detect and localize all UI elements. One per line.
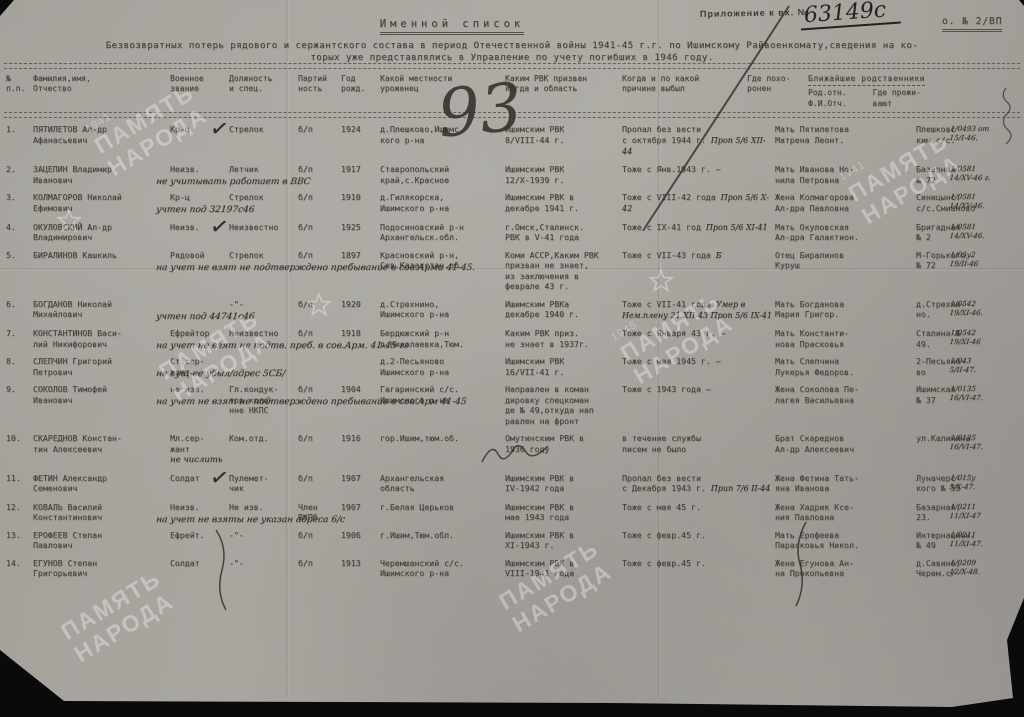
handwritten-margin-number: 1/0211 11/XI-47. bbox=[949, 530, 1021, 549]
cell-name: КОЛМАГОРОВ Николай Ефимович bbox=[33, 192, 167, 214]
handwritten-margin-number: 1/0542 19/XI-46 bbox=[949, 328, 1021, 347]
handwritten-margin-number: 1/0581 14/XV-46. bbox=[949, 222, 1021, 241]
cell-loss-reason: Пропал без вести с октября 1944 г. Проп … bbox=[622, 124, 772, 157]
cell-draft-office: Ишимским РВК в XI-1943 г. bbox=[505, 530, 619, 551]
handwritten-margin-number: 1/0581 14/XV-46. bbox=[949, 192, 1021, 211]
cell-position: Пулемет- чик bbox=[229, 473, 295, 495]
cell-loss-reason: Тоже с VII-41 года Умер в Нем.плену 21.X… bbox=[622, 299, 772, 321]
cell-number: 7. bbox=[6, 328, 30, 349]
cell-name: СКАРЕДНОВ Констан- тин Алексеевич bbox=[33, 433, 167, 466]
table-row: 14. ЕГУНОВ Степан Григорьевич Солдат -"-… bbox=[6, 558, 1020, 579]
handwritten-record-note: на учет не взят не подтверждено пребыван… bbox=[155, 397, 596, 408]
handwritten-record-note: учтен под 44741с46 bbox=[155, 312, 596, 323]
handwritten-record-note: не учитывать работает в ВВС bbox=[155, 177, 596, 188]
handwritten-reason-note: Б bbox=[716, 251, 722, 260]
cell-birth-year: 1907 bbox=[341, 473, 377, 495]
handwritten-margin-number: 1/0211 11/XI-47 bbox=[949, 502, 1021, 521]
document-subtitle: Безвозвратных потерь рядового и сержантс… bbox=[0, 40, 1024, 65]
handwritten-page-mark: 93 bbox=[435, 68, 525, 152]
cell-position: Ком.отд. bbox=[229, 433, 295, 466]
cell-birthplace: Подосиновский р-н Архангельск.обл. bbox=[380, 222, 502, 243]
table-row: 6. БОГДАНОВ Николай Михайлович -"- б/п 1… bbox=[6, 299, 1020, 321]
cell-draft-office: Ишимским РВК в IV-1942 года bbox=[505, 473, 619, 495]
cell-loss-reason: Пропал без вести с Декабря 1943 г. Прип … bbox=[622, 473, 772, 495]
cell-relative: Жена Фетина Тать- яна Иванова bbox=[775, 473, 913, 495]
handwritten-record-note: на учет не взят не подтв. преб. в сов.Ар… bbox=[155, 341, 596, 352]
handwritten-margin-number: 1/0209 12/X-48. bbox=[949, 558, 1021, 577]
table-row: 5. БИРАЛИНОВ Кашкиль Рядовой Стрелок б/п… bbox=[6, 250, 1020, 292]
col-header-name: Фамилия,имя, Отчество bbox=[33, 74, 167, 109]
col-header-residence: Где прожи- вают bbox=[873, 88, 921, 109]
table-row: 8. СЛЕПЧИН Григорий Петрович Ст.сер- жан… bbox=[6, 356, 1020, 377]
cell-name: ФЕТИН Александр Семенович bbox=[33, 473, 167, 495]
scanned-document-page: 1941 ПАМЯТЬ НАРОДА ПАМЯТЬ НАРОДА 1945 ПА… bbox=[0, 0, 1024, 717]
cell-loss-reason: Тоже с Янв.1943 г. — bbox=[622, 164, 772, 185]
cell-name: ЗАЦЕПИН Владимир Иванович bbox=[33, 164, 167, 185]
cell-number: 8. bbox=[6, 356, 30, 377]
table-row: 3. КОЛМАГОРОВ Николай Ефимович Кр-ц Стре… bbox=[6, 192, 1020, 214]
cell-loss-reason: Тоже с Января 43 г. — bbox=[622, 328, 772, 349]
table-row: 12. КОВАЛЬ Василий Константинович Неизв.… bbox=[6, 502, 1020, 523]
col-header-num: № п.п. bbox=[6, 74, 30, 109]
handwritten-margin-number: 1/0581 14/XV-46 г. bbox=[949, 164, 1021, 183]
cell-number: 1. bbox=[6, 124, 30, 157]
cell-number: 14. bbox=[6, 558, 30, 579]
cell-name: КОВАЛЬ Василий Константинович bbox=[33, 502, 167, 523]
handwritten-record-note: учтен под 32197с46 bbox=[155, 205, 596, 216]
handwritten-record-note: на учет не взяты не указан адреса 6/с bbox=[155, 515, 596, 526]
cell-loss-reason: Тоже с мая 1945 г. — bbox=[622, 356, 772, 377]
table-row: 11. ФЕТИН Александр Семенович Солдат Пул… bbox=[6, 473, 1020, 495]
table-body: 1. ПЯТИЛЕТОВ Ал-др Афанасьевич Кр-ц Стре… bbox=[0, 120, 1024, 579]
cell-number: 5. bbox=[6, 250, 30, 292]
cell-rank: Мл.сер- жант не числить bbox=[170, 433, 226, 466]
checkmark-annotation: ✓ bbox=[208, 212, 231, 243]
cell-number: 13. bbox=[6, 530, 30, 551]
cell-name: ОКУЛОВСКИЙ Ал-др Владимирович bbox=[33, 222, 167, 243]
cell-relative: Мать Слепчина Лукерья Федоров. bbox=[775, 356, 913, 377]
col-header-relative-name: Род.отн. Ф.И.Отч. bbox=[808, 88, 847, 109]
cell-relative: Мать Богданова Мария Григор. bbox=[775, 299, 913, 321]
cell-name: СОКОЛОВ Тимофей Иванович bbox=[33, 384, 167, 426]
cell-loss-reason: Тоже с VIII-42 года Проп 5/6 X-42 bbox=[622, 192, 772, 214]
cell-birth-year: 1924 bbox=[341, 124, 377, 157]
cell-birth-year: 1906 bbox=[341, 530, 377, 551]
handwritten-reason-note: Прип 7/6 II-44 bbox=[711, 484, 771, 493]
handwritten-reason-note: Проп 5/6 XI-41 bbox=[706, 223, 768, 232]
cell-draft-office: Ишимским РВК в VIII-1941 года bbox=[505, 558, 619, 579]
cell-name: БИРАЛИНОВ Кашкиль bbox=[33, 250, 167, 292]
cell-number: 9. bbox=[6, 384, 30, 426]
cell-relative: Мать Иванова Не- нила Петровна bbox=[775, 164, 913, 185]
cell-birth-year: 1916 bbox=[341, 433, 377, 466]
cell-number: 11. bbox=[6, 473, 30, 495]
pen-scribble-annotation bbox=[480, 440, 550, 470]
cell-number: 6. bbox=[6, 299, 30, 321]
table-row: 4. ОКУЛОВСКИЙ Ал-др Владимирович Неизв. … bbox=[6, 222, 1020, 243]
cell-relative: Отец Биралинов Куруш bbox=[775, 250, 913, 292]
cell-relative: Жена Колмагорова Ал-дра Павловна bbox=[775, 192, 913, 214]
cell-draft-office: г.Омск,Сталинск. РВК в V-41 года bbox=[505, 222, 619, 243]
memory-of-people-watermark: ПАМЯТЬ НАРОДА bbox=[56, 565, 179, 668]
handwritten-margin-number: 1/015у 5/X-47. bbox=[949, 473, 1021, 492]
col-header-relatives-group: Ближайшие родственники Род.отн. Ф.И.Отч.… bbox=[808, 74, 1020, 109]
cell-name: СЛЕПЧИН Григорий Петрович bbox=[33, 356, 167, 377]
cell-relative: Мать Пятилетова Матрена Леонт. bbox=[775, 124, 913, 157]
cell-loss-reason: Тоже с 1943 года — bbox=[622, 384, 772, 426]
handwritten-margin-number: 1/043 5/II-47. bbox=[949, 356, 1021, 375]
margin-scribble-annotation bbox=[998, 86, 1014, 150]
col-header-rank: Военное звание bbox=[170, 74, 226, 109]
brace-annotation bbox=[212, 528, 230, 616]
handwritten-record-note: на учет не взят не подтверждено пребыван… bbox=[155, 263, 596, 274]
cell-number: 12. bbox=[6, 502, 30, 523]
cell-loss-reason: Тоже с мая 45 г. bbox=[622, 502, 772, 523]
document-header: Приложение к вх. № 63149с о. № 2/ВП Имен… bbox=[0, 0, 1024, 62]
checkmark-annotation: ✓ bbox=[208, 464, 231, 495]
col-header-buried: Где похо- ронен bbox=[747, 74, 805, 109]
cell-party: б/п bbox=[298, 222, 338, 243]
brace-annotation bbox=[792, 520, 810, 612]
cell-position: Стрелок bbox=[229, 124, 295, 157]
document-code: о. № 2/ВП bbox=[942, 16, 1002, 32]
cell-name: КОНСТАНТИНОВ Васи- лий Никифорович bbox=[33, 328, 167, 349]
checkmark-annotation: ✓ bbox=[208, 115, 231, 146]
page-title: Именной список bbox=[0, 18, 904, 30]
col-header-rvk: Каким РВК призван когда и область bbox=[505, 74, 619, 109]
cell-relative: Брат Скареднов Ал-др Алексеевич bbox=[775, 433, 913, 466]
cell-party: б/п bbox=[298, 473, 338, 495]
cell-number: 2. bbox=[6, 164, 30, 185]
cell-name: ЕГУНОВ Степан Григорьевич bbox=[33, 558, 167, 579]
cell-name: ЕРОФЕЕВ Степан Павлович bbox=[33, 530, 167, 551]
cell-number: 4. bbox=[6, 222, 30, 243]
cell-party: б/п bbox=[298, 530, 338, 551]
cell-loss-reason: в течение службы писем не было bbox=[622, 433, 772, 466]
table-row: 9. СОКОЛОВ Тимофей Иванович не изв. Гл.к… bbox=[6, 384, 1020, 426]
cell-position: -"- bbox=[229, 558, 295, 579]
handwritten-record-note: не сущ-ее убыл/адрес 5СБ/ bbox=[155, 369, 596, 380]
table-row: 13. ЕРОФЕЕВ Степан Павлович Ефрейт. -"- … bbox=[6, 530, 1020, 551]
cell-name: ПЯТИЛЕТОВ Ал-др Афанасьевич bbox=[33, 124, 167, 157]
cell-party: б/п bbox=[298, 124, 338, 157]
cell-position: -"- bbox=[229, 530, 295, 551]
cell-birthplace: Архангельская область bbox=[380, 473, 502, 495]
cell-birthplace: г.Ишим,Тюм.обл. bbox=[380, 530, 502, 551]
handwritten-margin-number: 1/05у2 19/II-46 bbox=[949, 250, 1021, 269]
cell-party: б/п bbox=[298, 433, 338, 466]
cell-relative: Мать Константи- нова Прасковья bbox=[775, 328, 913, 349]
cell-position: Неизвестно bbox=[229, 222, 295, 243]
cell-loss-reason: Тоже с февр.45 г. bbox=[622, 530, 772, 551]
cell-relative: Жена Соколова Пе- лагея Васильевна bbox=[775, 384, 913, 426]
cell-number: 3. bbox=[6, 192, 30, 214]
table-row: 7. КОНСТАНТИНОВ Васи- лий Никифорович Еф… bbox=[6, 328, 1020, 349]
col-header-party: Партий ность bbox=[298, 74, 338, 109]
cell-relative: Мать Окуловская Ал-дра Галактион. bbox=[775, 222, 913, 243]
cell-loss-reason: Тоже с VII-43 года Б bbox=[622, 250, 772, 292]
cell-birthplace: Черемшанский с/с. Ишимского р-на bbox=[380, 558, 502, 579]
handwritten-margin-number: 1/0135 16/VI-47. bbox=[949, 433, 1021, 452]
cell-party: б/п bbox=[298, 558, 338, 579]
cell-birth-year: 1925 bbox=[341, 222, 377, 243]
cell-number: 10. bbox=[6, 433, 30, 466]
cell-loss-reason: Тоже с февр.45 г. bbox=[622, 558, 772, 579]
handwritten-margin-number: 1/0542 19/XI-46. bbox=[949, 299, 1021, 318]
cell-name: БОГДАНОВ Николай Михайлович bbox=[33, 299, 167, 321]
cell-birth-year: 1913 bbox=[341, 558, 377, 579]
table-row: 2. ЗАЦЕПИН Владимир Иванович Неизв. Летч… bbox=[6, 164, 1020, 185]
col-header-year: Год рожд. bbox=[341, 74, 377, 109]
handwritten-margin-number: 1/0135 16/VI-47. bbox=[949, 384, 1021, 403]
